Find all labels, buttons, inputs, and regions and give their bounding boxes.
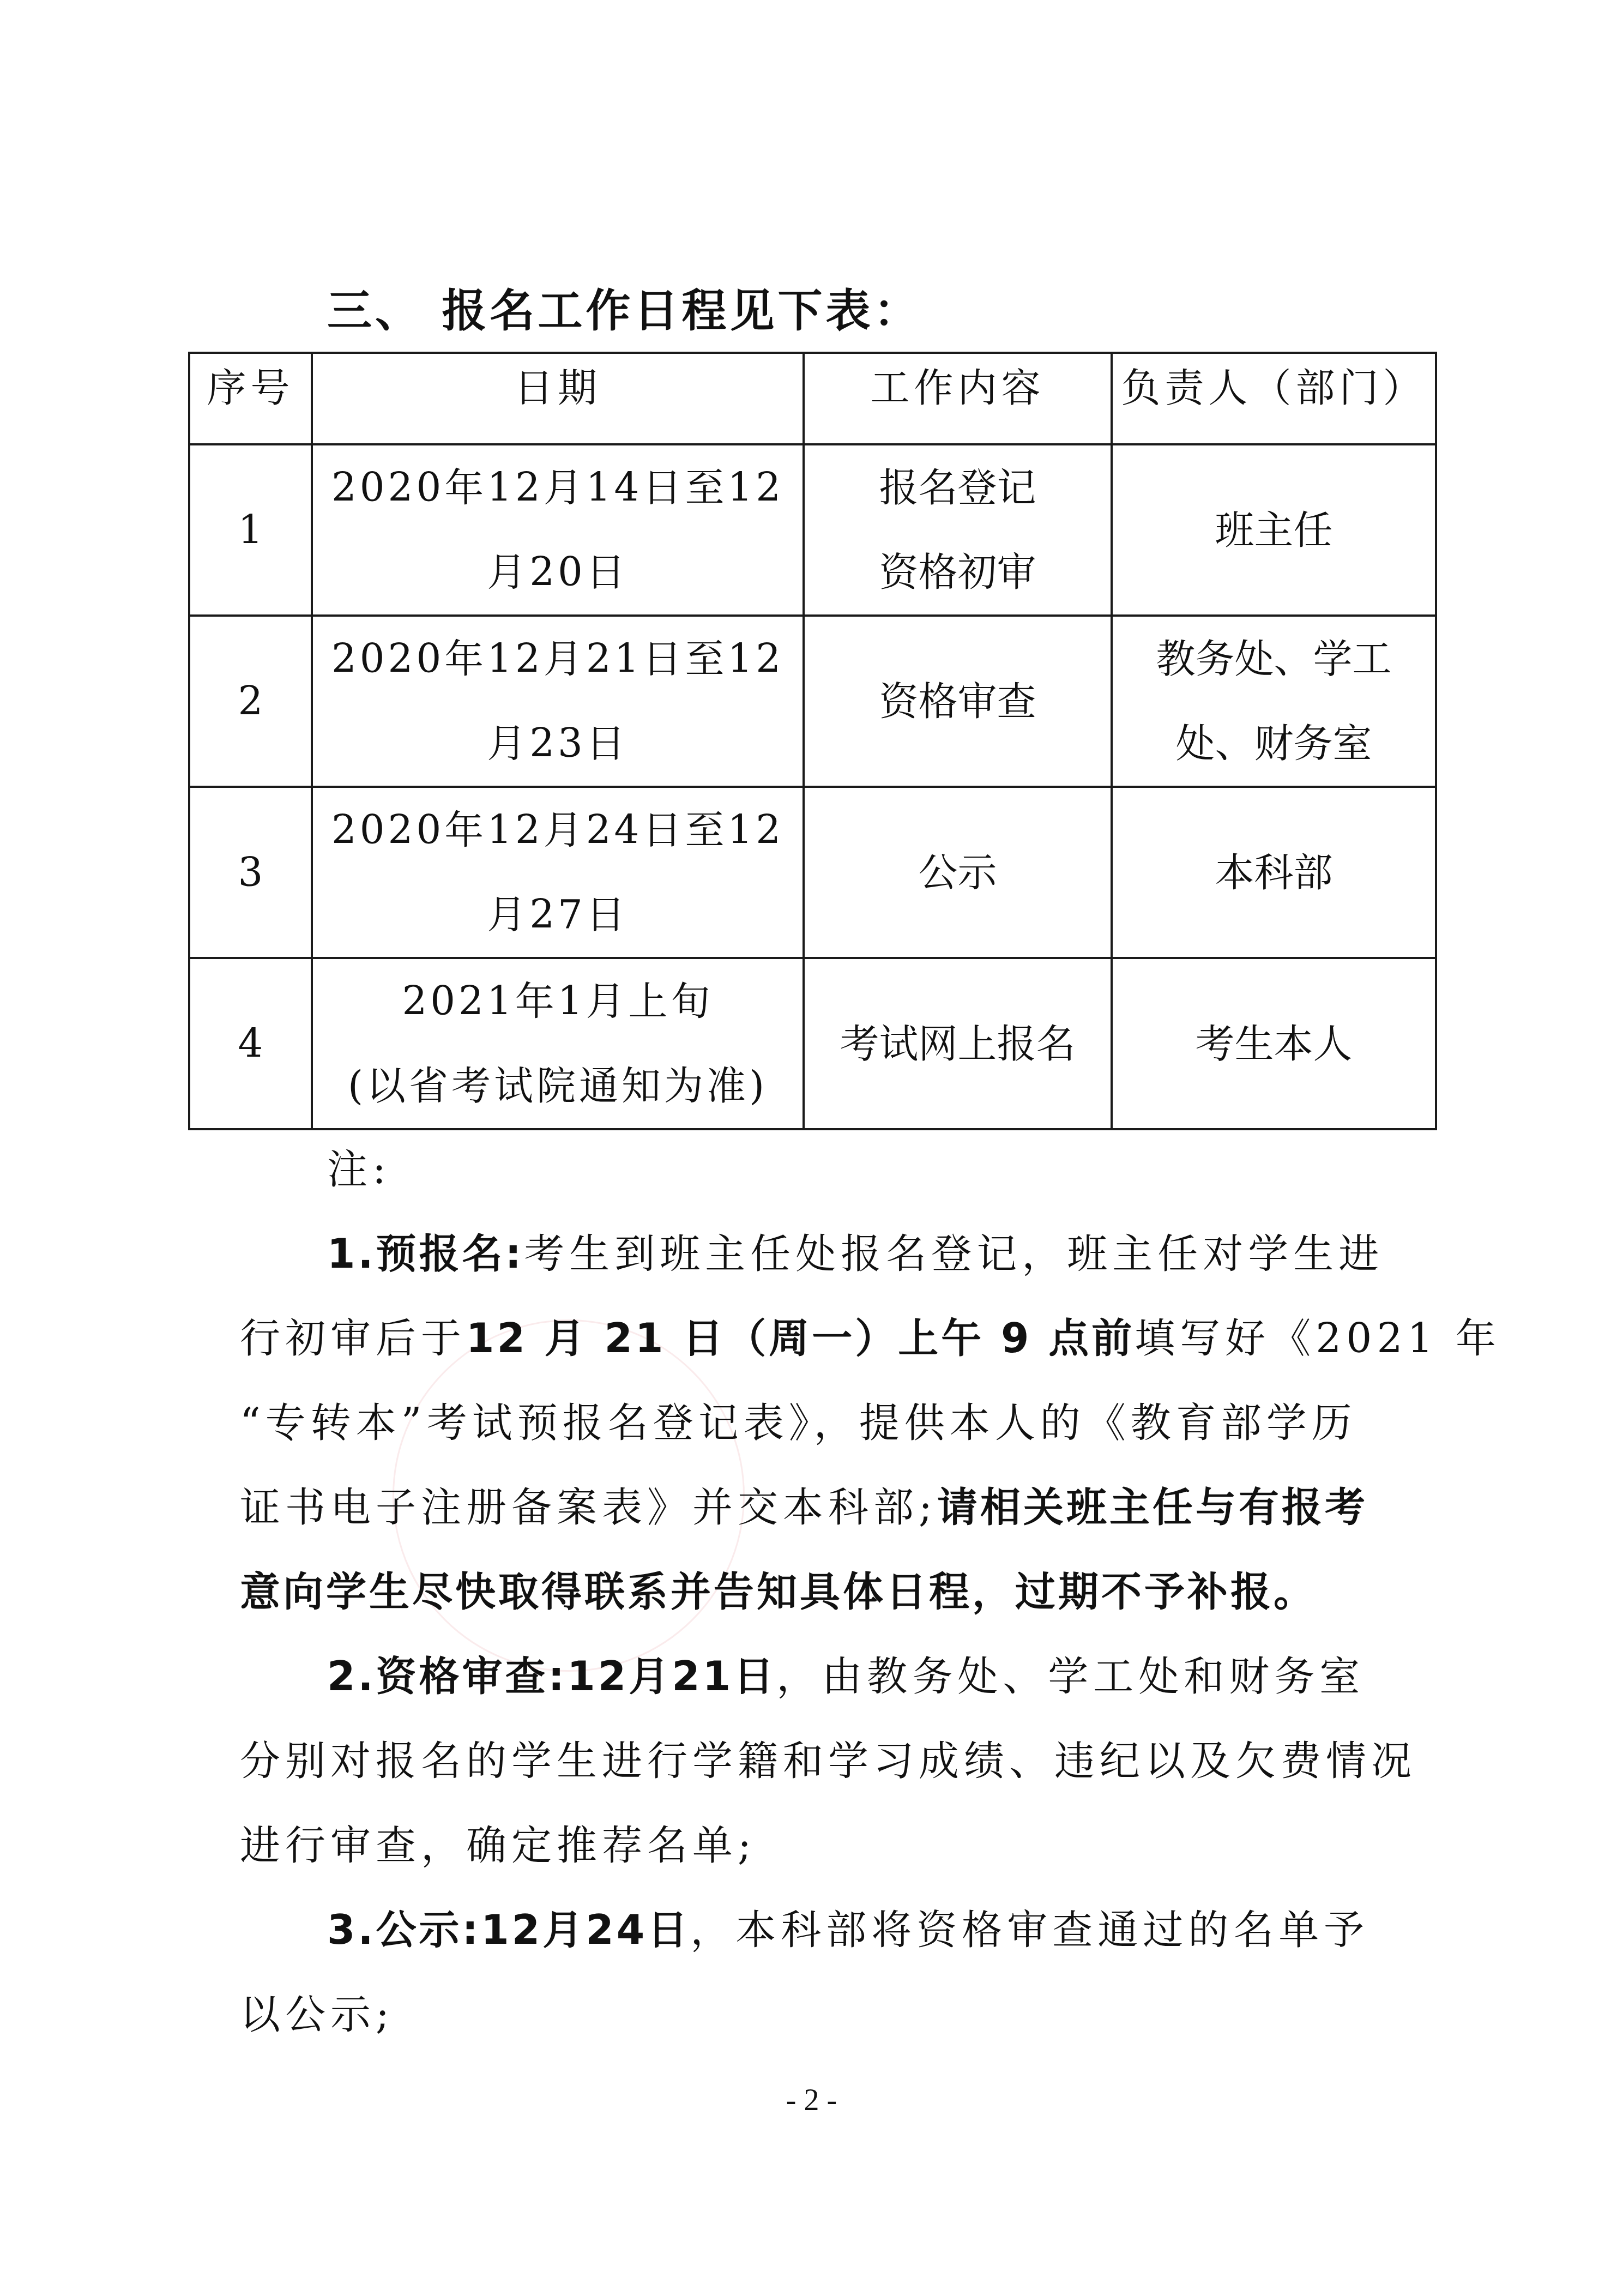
table-row: 1 2020年12月14日至12 月20日 报名登记 资格初审 班主任	[189, 444, 1436, 616]
header-owner: 负责人（部门）	[1112, 353, 1436, 444]
task-line: 公示	[805, 830, 1111, 915]
schedule-table: 序号 日期 工作内容 负责人（部门） 1 2020年12月14日至12 月20日…	[188, 352, 1437, 1130]
note-text: 填写好《2021 年	[1135, 1315, 1501, 1362]
date-line: 2021年1月上旬	[313, 959, 803, 1044]
date-line: 月23日	[313, 701, 803, 786]
owner-line: 处、财务室	[1113, 701, 1435, 786]
note-text-bold: 12 月 21 日（周一）上午 9 点前	[466, 1315, 1135, 1362]
note-3-title: 3.公示:	[327, 1907, 481, 1954]
note-text: 证书电子注册备案表》并交本科部;	[240, 1484, 937, 1531]
note-3-line-2: 以公示;	[240, 1973, 1439, 2057]
note-text-bold: 请相关班主任与有报考	[937, 1484, 1368, 1531]
note-2-title: 2.资格审查:	[327, 1653, 567, 1700]
header-date: 日期	[312, 353, 804, 444]
notes-section: 注: 1.预报名:考生到班主任处报名登记，班主任对学生进 行初审后于12 月 2…	[240, 1128, 1439, 2057]
task-line: 考试网上报名	[805, 1002, 1111, 1086]
date-line: 月20日	[313, 530, 803, 614]
note-1-line-5: 意向学生尽快取得联系并告知具体日程，过期不予补报。	[240, 1550, 1439, 1635]
cell-seq: 4	[189, 958, 312, 1129]
table-row: 4 2021年1月上旬 (以省考试院通知为准) 考试网上报名 考生本人	[189, 958, 1436, 1129]
table-row: 2 2020年12月21日至12 月23日 资格审查 教务处、学工 处、财务室	[189, 616, 1436, 787]
table-header-row: 序号 日期 工作内容 负责人（部门）	[189, 353, 1436, 444]
cell-date: 2020年12月21日至12 月23日	[312, 616, 804, 787]
cell-owner: 班主任	[1112, 444, 1436, 616]
note-1-title: 1.预报名:	[327, 1231, 524, 1277]
cell-task: 报名登记 资格初审	[804, 444, 1112, 616]
note-3-line-1: 3.公示:12月24日，本科部将资格审查通过的名单予	[240, 1888, 1439, 1973]
note-1-line-4: 证书电子注册备案表》并交本科部;请相关班主任与有报考	[240, 1466, 1439, 1550]
note-3-date: 12月24日	[481, 1907, 690, 1954]
date-line: (以省考试院通知为准)	[313, 1044, 803, 1128]
note-2-date: 12月21日	[567, 1653, 776, 1700]
notes-label: 注:	[240, 1128, 1439, 1212]
note-2-line-2: 分别对报名的学生进行学籍和学习成绩、违纪以及欠费情况	[240, 1719, 1439, 1804]
note-2-line-3: 进行审查，确定推荐名单;	[240, 1804, 1439, 1888]
page-number: - 2 -	[0, 2083, 1623, 2118]
owner-line: 考生本人	[1113, 1002, 1435, 1086]
table-row: 3 2020年12月24日至12 月27日 公示 本科部	[189, 787, 1436, 958]
note-text: 行初审后于	[240, 1315, 466, 1362]
cell-date: 2020年12月14日至12 月20日	[312, 444, 804, 616]
note-text: ，本科部将资格审查通过的名单予	[690, 1907, 1369, 1954]
cell-seq: 1	[189, 444, 312, 616]
cell-owner: 本科部	[1112, 787, 1436, 958]
note-text: 考生到班主任处报名登记，班主任对学生进	[524, 1231, 1384, 1277]
note-1-line-1: 1.预报名:考生到班主任处报名登记，班主任对学生进	[240, 1212, 1439, 1297]
note-2-line-1: 2.资格审查:12月21日，由教务处、学工处和财务室	[240, 1635, 1439, 1719]
date-line: 月27日	[313, 872, 803, 957]
cell-seq: 2	[189, 616, 312, 787]
note-1-line-3: “专转本”考试预报名登记表》，提供本人的《教育部学历	[240, 1381, 1439, 1466]
cell-date: 2020年12月24日至12 月27日	[312, 787, 804, 958]
owner-line: 本科部	[1113, 830, 1435, 915]
task-line: 报名登记	[805, 445, 1111, 530]
date-line: 2020年12月21日至12	[313, 617, 803, 701]
cell-task: 公示	[804, 787, 1112, 958]
task-line: 资格初审	[805, 530, 1111, 614]
cell-owner: 考生本人	[1112, 958, 1436, 1129]
cell-date: 2021年1月上旬 (以省考试院通知为准)	[312, 958, 804, 1129]
task-line: 资格审查	[805, 659, 1111, 744]
cell-task: 资格审查	[804, 616, 1112, 787]
section-heading: 三、 报名工作日程见下表：	[327, 275, 922, 339]
note-1-line-2: 行初审后于12 月 21 日（周一）上午 9 点前填写好《2021 年	[240, 1297, 1439, 1381]
note-text: ，由教务处、学工处和财务室	[776, 1653, 1365, 1700]
header-task: 工作内容	[804, 353, 1112, 444]
cell-task: 考试网上报名	[804, 958, 1112, 1129]
header-seq: 序号	[189, 353, 312, 444]
date-line: 2020年12月14日至12	[313, 445, 803, 530]
owner-line: 班主任	[1113, 488, 1435, 573]
date-line: 2020年12月24日至12	[313, 788, 803, 872]
owner-line: 教务处、学工	[1113, 617, 1435, 701]
cell-owner: 教务处、学工 处、财务室	[1112, 616, 1436, 787]
cell-seq: 3	[189, 787, 312, 958]
